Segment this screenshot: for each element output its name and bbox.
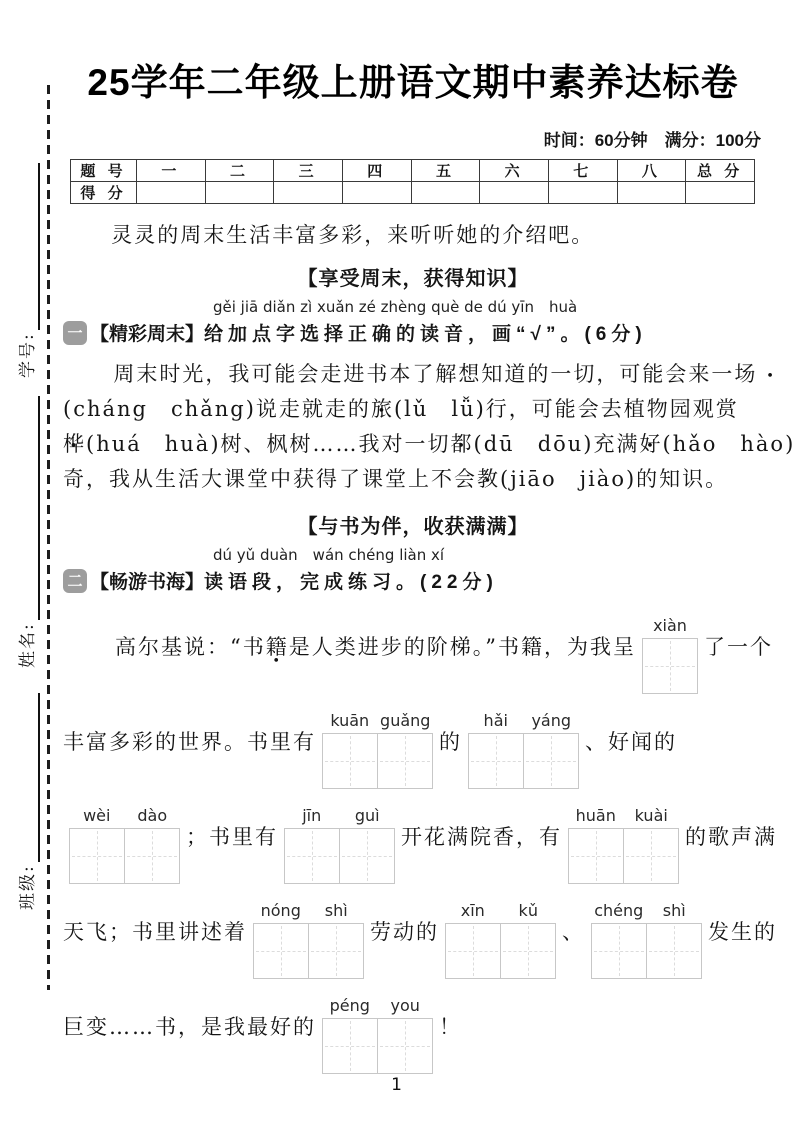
pinyin-label: wèi	[69, 806, 125, 828]
text-segment: (lǔ lǚ)行，可能会去植物园观赏	[394, 397, 739, 421]
dotted-char: 场	[734, 362, 757, 386]
dotted-char: 桦	[63, 432, 86, 456]
pinyin-label: chéng	[591, 901, 647, 923]
section-two-banner: 【与书为伴，收获满满】	[63, 510, 763, 539]
exam-paper: 学号: 姓名: 班级: 25学年二年级上册语文期中素养达标卷 时间：60分钟 满…	[0, 0, 793, 1121]
text-segment: ；书里有	[186, 821, 278, 851]
answer-box-group: jīnguì	[284, 806, 395, 884]
answer-box-cell[interactable]	[124, 828, 180, 884]
text-segment: 开花满院香，有	[401, 821, 562, 851]
score-input-cell[interactable]	[617, 182, 686, 204]
text-segment: 发生的	[708, 916, 777, 946]
answer-box-cell[interactable]	[646, 923, 702, 979]
score-input-cell[interactable]	[411, 182, 480, 204]
score-input-cell[interactable]	[137, 182, 206, 204]
question-two-pinyin: dú yǔ duàn wán chéng liàn xí	[213, 544, 763, 565]
text-segment: 巨变……书，是我最好的	[63, 1011, 316, 1041]
pinyin-label: huān	[568, 806, 624, 828]
section-one-banner: 【享受周末，获得知识】	[63, 262, 763, 291]
student-name-field[interactable]: 姓名:	[5, 396, 45, 668]
answer-box-cell[interactable]	[284, 828, 340, 884]
student-id-blank[interactable]	[11, 163, 40, 330]
passage-line: 高尔基说：“书籍是人类进步的阶梯。”书籍，为我呈xiàn了一个	[63, 598, 763, 693]
answer-box-cell[interactable]	[500, 923, 556, 979]
answer-box-cell[interactable]	[308, 923, 364, 979]
pinyin-label: guì	[340, 806, 396, 828]
score-col-header: 四	[342, 160, 411, 182]
answer-box-cell[interactable]	[69, 828, 125, 884]
text-segment: (jiāo jiào)的知识。	[500, 467, 728, 491]
text-segment: 丰富多彩的世界。书里有	[63, 726, 316, 756]
score-col-header: 六	[480, 160, 549, 182]
dotted-char: 教	[477, 467, 500, 491]
question-one: gěi jiā diǎn zì xuǎn zé zhèng què de dú …	[63, 296, 763, 346]
text-segment: 高尔基说：“书	[115, 631, 266, 661]
answer-box-group: kuānguǎng	[322, 711, 433, 789]
text-segment: 奇，我从生活大课堂中获得了课堂上不会	[63, 467, 477, 491]
score-table-header-label: 题 号	[71, 160, 137, 182]
passage-line: 奇，我从生活大课堂中获得了课堂上不会教(jiāo jiào)的知识。	[63, 462, 763, 497]
text-segment: 周末时光，我可能会走进书本了解想知道的一切，可能会来一	[113, 362, 734, 386]
score-col-header: 七	[548, 160, 617, 182]
passage-line: 周末时光，我可能会走进书本了解想知道的一切，可能会来一场	[63, 357, 763, 392]
score-input-cell[interactable]	[274, 182, 343, 204]
question-one-stem: 给加点字选择正确的读音，画“√”。(6分)	[204, 319, 647, 346]
pinyin-label-row: xīnkǔ	[445, 901, 556, 923]
answer-box-cell[interactable]	[253, 923, 309, 979]
answer-box-group: huānkuài	[568, 806, 679, 884]
score-input-cell[interactable]	[342, 182, 411, 204]
passage-line: 巨变……书，是我最好的péngyou！	[63, 978, 763, 1073]
question-two: dú yǔ duàn wán chéng liàn xí 二 【畅游书海】 读语…	[63, 544, 763, 594]
score-input-cell[interactable]	[686, 182, 755, 204]
page-number: 1	[0, 1075, 793, 1095]
answer-box-cell[interactable]	[377, 733, 433, 789]
score-col-header: 五	[411, 160, 480, 182]
pinyin-label: jīn	[284, 806, 340, 828]
pinyin-label-row: wèidào	[69, 806, 180, 828]
answer-box-group: wèidào	[69, 806, 180, 884]
pinyin-label: kuān	[322, 711, 378, 733]
answer-box-group: nóngshì	[253, 901, 364, 979]
dotted-char: 好	[640, 432, 663, 456]
pinyin-label: nóng	[253, 901, 309, 923]
pinyin-label: you	[378, 996, 434, 1018]
answer-box-cell[interactable]	[591, 923, 647, 979]
pinyin-label-row: huānkuài	[568, 806, 679, 828]
passage-line: 丰富多彩的世界。书里有kuānguǎng的hǎiyáng、好闻的	[63, 693, 763, 788]
score-col-header: 八	[617, 160, 686, 182]
question-two-passage: 高尔基说：“书籍是人类进步的阶梯。”书籍，为我呈xiàn了一个丰富多彩的世界。书…	[63, 598, 763, 1073]
answer-box-cell[interactable]	[322, 733, 378, 789]
answer-box-cell[interactable]	[339, 828, 395, 884]
pinyin-label: kǔ	[501, 901, 557, 923]
dotted-char: 籍	[266, 631, 289, 661]
text-segment: (hǎo hào)	[663, 432, 793, 456]
question-one-tag: 【精彩周末】	[90, 319, 204, 346]
text-segment: (cháng chǎng)说走就走的	[63, 397, 371, 421]
text-segment: (dū dōu)充满	[474, 432, 640, 456]
pinyin-label-row: péngyou	[322, 996, 433, 1018]
answer-box-cell[interactable]	[468, 733, 524, 789]
text-segment: 是人类进步的阶梯。”书籍，为我呈	[289, 631, 636, 661]
answer-box-group: chéngshì	[591, 901, 702, 979]
text-segment: 的	[439, 726, 462, 756]
answer-box-cell[interactable]	[623, 828, 679, 884]
answer-box-group: xiàn	[642, 616, 698, 694]
pinyin-label: xiàn	[642, 616, 698, 638]
passage-line: wèidào；书里有jīnguì开花满院香，有huānkuài的歌声满	[63, 788, 763, 883]
student-name-label: 姓名:	[13, 622, 38, 668]
score-col-header: 一	[137, 160, 206, 182]
pinyin-label: kuài	[624, 806, 680, 828]
pinyin-label: yáng	[524, 711, 580, 733]
seal-dashed-line	[47, 85, 50, 990]
paper-title: 25学年二年级上册语文期中素养达标卷	[63, 52, 763, 106]
pinyin-label: shì	[647, 901, 703, 923]
student-name-blank[interactable]	[11, 396, 40, 620]
pinyin-label-row: kuānguǎng	[322, 711, 433, 733]
score-input-cell[interactable]	[205, 182, 274, 204]
question-one-badge: 一	[63, 321, 87, 345]
score-col-header: 三	[274, 160, 343, 182]
text-segment: 、好闻的	[585, 726, 677, 756]
intro-text: 灵灵的周末生活丰富多彩，来听听她的介绍吧。	[63, 219, 763, 249]
class-label: 班级:	[13, 864, 38, 910]
time-and-score-info: 时间：60分钟 满分：100分	[63, 126, 763, 151]
pinyin-label-row: jīnguì	[284, 806, 395, 828]
text-segment: 天飞；书里讲述着	[63, 916, 247, 946]
score-input-cell[interactable]	[480, 182, 549, 204]
pinyin-label: péng	[322, 996, 378, 1018]
score-col-header: 总 分	[686, 160, 755, 182]
text-segment: 、	[562, 916, 585, 946]
passage-line: (cháng chǎng)说走就走的旅(lǔ lǚ)行，可能会去植物园观赏	[63, 392, 763, 427]
answer-box-cell[interactable]	[445, 923, 501, 979]
answer-box-cell[interactable]	[377, 1018, 433, 1074]
score-input-cell[interactable]	[548, 182, 617, 204]
class-blank[interactable]	[11, 693, 40, 862]
text-segment: (huá huà)树、枫树……我对一切	[86, 432, 451, 456]
student-id-field[interactable]: 学号:	[5, 163, 45, 378]
question-two-tag: 【畅游书海】	[90, 567, 204, 594]
question-two-badge: 二	[63, 569, 87, 593]
pinyin-label: guǎng	[378, 711, 434, 733]
answer-box-group: hǎiyáng	[468, 711, 579, 789]
answer-box-cell[interactable]	[322, 1018, 378, 1074]
pinyin-label: xīn	[445, 901, 501, 923]
answer-box-cell[interactable]	[523, 733, 579, 789]
pinyin-label-row: hǎiyáng	[468, 711, 579, 733]
student-id-label: 学号:	[13, 332, 38, 378]
score-col-header: 二	[205, 160, 274, 182]
answer-box-cell[interactable]	[568, 828, 624, 884]
pinyin-label-row: chéngshì	[591, 901, 702, 923]
answer-box-group: xīnkǔ	[445, 901, 556, 979]
text-segment: 的歌声满	[685, 821, 777, 851]
question-two-stem: 读语段，完成练习。(22分)	[204, 567, 498, 594]
text-segment: 了一个	[704, 631, 773, 661]
text-segment: ！	[439, 1011, 462, 1041]
pinyin-label-row: nóngshì	[253, 901, 364, 923]
question-one-passage: 周末时光，我可能会走进书本了解想知道的一切，可能会来一场(cháng chǎng…	[63, 357, 763, 497]
text-segment: 劳动的	[370, 916, 439, 946]
question-one-pinyin: gěi jiā diǎn zì xuǎn zé zhèng què de dú …	[213, 296, 763, 317]
dotted-char: 旅	[371, 397, 394, 421]
class-field[interactable]: 班级:	[5, 693, 45, 910]
dotted-char: 都	[451, 432, 474, 456]
passage-line: 天飞；书里讲述着nóngshì劳动的xīnkǔ、chéngshì发生的	[63, 883, 763, 978]
pinyin-label-row: xiàn	[642, 616, 698, 638]
pinyin-label: hǎi	[468, 711, 524, 733]
answer-box-cell[interactable]	[642, 638, 698, 694]
pinyin-label: dào	[125, 806, 181, 828]
score-table: 题 号 一二三四五六七八总 分 得 分	[70, 159, 755, 204]
answer-box-group: péngyou	[322, 996, 433, 1074]
pinyin-label: shì	[309, 901, 365, 923]
passage-line: 桦(huá huà)树、枫树……我对一切都(dū dōu)充满好(hǎo hào…	[63, 427, 763, 462]
score-table-score-label: 得 分	[71, 182, 137, 204]
